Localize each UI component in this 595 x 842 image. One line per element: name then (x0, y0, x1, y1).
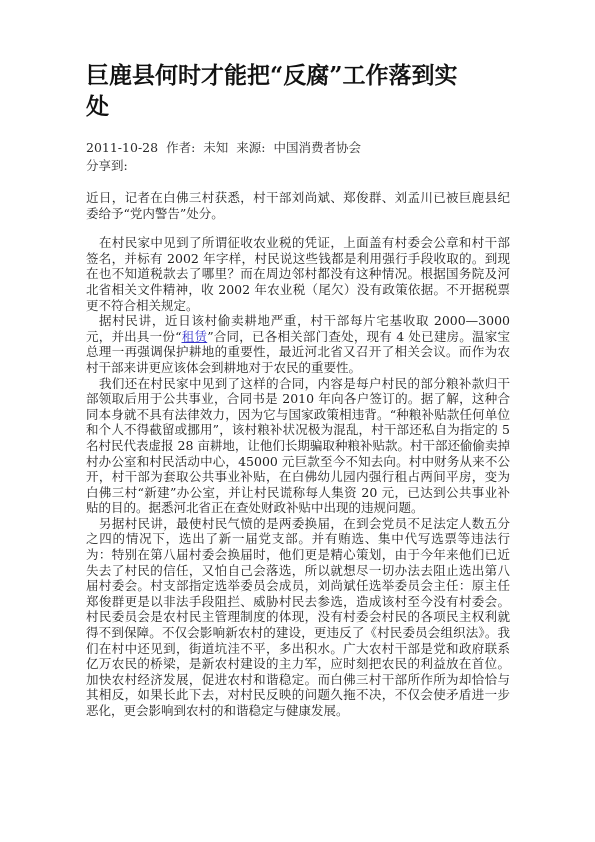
author-value: 未知 (203, 140, 228, 155)
document-page: 巨鹿县何时才能把“反腐”工作落到实处 2011-10-28 作者: 未知 来源:… (0, 0, 595, 842)
author-label: 作者: (166, 140, 195, 155)
source-value: 中国消费者协会 (273, 140, 361, 155)
paragraph-land-sale: 据村民讲，近日该村偷卖耕地严重，村干部每片宅基收取 2000—3000 元，并出… (86, 313, 510, 375)
page-title: 巨鹿县何时才能把“反腐”工作落到实处 (86, 60, 468, 122)
paragraph-subsidy-contract: 我们还在村民家中见到了这样的合同，内容是每户村民的部分粮补款归干部领取后用于公共… (86, 376, 510, 516)
source-label: 来源: (236, 140, 265, 155)
article-date: 2011-10-28 (86, 140, 158, 155)
paragraph-tax-receipts: 在村民家中见到了所谓征收农业税的凭证，上面盖有村委会公章和村干部签名，并标有 2… (86, 235, 510, 313)
article-body: 近日，记者在白佛三村获悉，村干部刘尚斌、郑俊群、刘孟川已被巨鹿县纪委给予“党内警… (86, 190, 510, 719)
share-to-label: 分享到: (86, 157, 510, 175)
rental-link[interactable]: 租赁 (182, 329, 208, 344)
paragraph-intro: 近日，记者在白佛三村获悉，村干部刘尚斌、郑俊群、刘孟川已被巨鹿县纪委给予“党内警… (86, 190, 510, 221)
paragraph-election: 另据村民讲，最使村民气愤的是两委换届，在到会党员不足法定人数五分之四的情况下，选… (86, 516, 510, 719)
article-meta: 2011-10-28 作者: 未知 来源: 中国消费者协会 (86, 139, 510, 157)
